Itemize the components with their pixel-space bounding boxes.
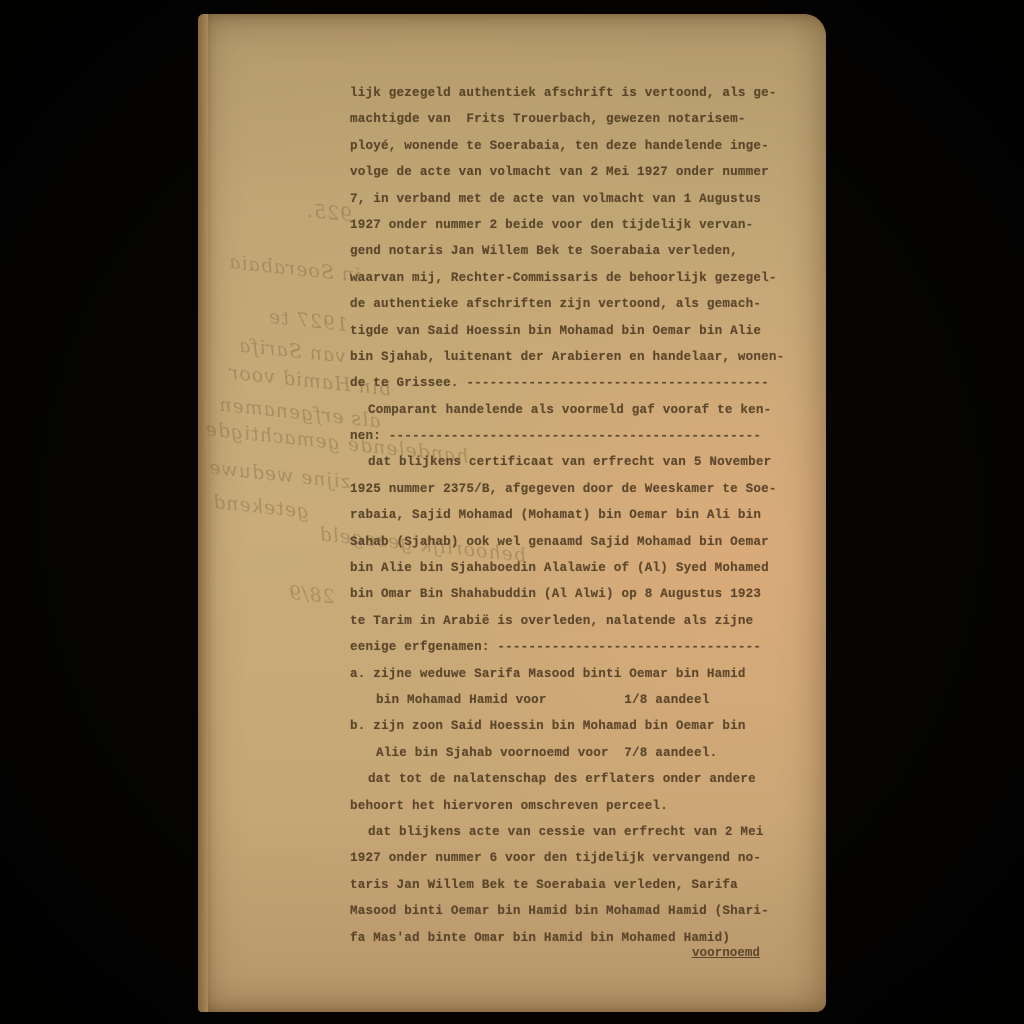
text-line: taris Jan Willem Bek te Soerabaia verled… bbox=[350, 872, 800, 898]
text-line: Sahab (Sjahab) ook wel genaamd Sajid Moh… bbox=[350, 529, 800, 555]
document-page: 925. in Soerabaia 1927 te van Sarifa bin… bbox=[198, 14, 826, 1012]
bleed-fragment: getekend bbox=[211, 491, 310, 523]
text-line: Masood binti Oemar bin Hamid bin Mohamad… bbox=[350, 898, 800, 924]
text-line: dat blijkens acte van cessie van erfrech… bbox=[350, 819, 800, 845]
bleed-fragment: van Sarifa bbox=[237, 334, 347, 367]
text-line: ployé, wonende te Soerabaia, ten deze ha… bbox=[350, 133, 800, 159]
text-line: 1925 nummer 2375/B, afgegeven door de We… bbox=[350, 476, 800, 502]
bleed-fragment: 925. bbox=[305, 200, 353, 227]
text-line: dat blijkens certificaat van erfrecht va… bbox=[350, 449, 800, 475]
text-line: b. zijn zoon Said Hoessin bin Mohamad bi… bbox=[350, 713, 800, 739]
text-line: tigde van Said Hoessin bin Mohamad bin O… bbox=[350, 318, 800, 344]
text-line: bin Mohamad Hamid voor 1/8 aandeel bbox=[350, 687, 800, 713]
text-line: nen: -----------------------------------… bbox=[350, 423, 800, 449]
text-line: gend notaris Jan Willem Bek te Soerabaia… bbox=[350, 238, 800, 264]
bleed-fragment: 28/9 bbox=[287, 582, 336, 609]
photo-background: 925. in Soerabaia 1927 te van Sarifa bin… bbox=[0, 0, 1024, 1024]
text-line: te Tarim in Arabië is overleden, nalaten… bbox=[350, 608, 800, 634]
text-line: eenige erfgenamen: ---------------------… bbox=[350, 634, 800, 660]
text-line: waarvan mij, Rechter-Commissaris de beho… bbox=[350, 265, 800, 291]
text-line: Comparant handelende als voormeld gaf vo… bbox=[350, 397, 800, 423]
text-line: 1927 onder nummer 2 beide voor den tijde… bbox=[350, 212, 800, 238]
text-line: dat tot de nalatenschap des erflaters on… bbox=[350, 766, 800, 792]
text-line: bin Sjahab, luitenant der Arabieren en h… bbox=[350, 344, 800, 370]
text-line: rabaia, Sajid Mohamad (Mohamat) bin Oema… bbox=[350, 502, 800, 528]
text-line: behoort het hiervoren omschreven perceel… bbox=[350, 793, 800, 819]
text-line: de authentieke afschriften zijn vertoond… bbox=[350, 291, 800, 317]
bleed-fragment: zijne weduwe bbox=[207, 457, 351, 494]
text-line: a. zijne weduwe Sarifa Masood binti Oema… bbox=[350, 661, 800, 687]
text-line: bin Alie bin Sjahaboedin Alalawie of (Al… bbox=[350, 555, 800, 581]
text-line: 1927 onder nummer 6 voor den tijdelijk v… bbox=[350, 845, 800, 871]
bleed-fragment: 1927 te bbox=[267, 306, 349, 336]
text-line: Alie bin Sjahab voornoemd voor 7/8 aande… bbox=[350, 740, 800, 766]
typed-body-text: lijk gezegeld authentiek afschrift is ve… bbox=[350, 80, 800, 951]
text-line: machtigde van Frits Trouerbach, gewezen … bbox=[350, 106, 800, 132]
text-line: 7, in verband met de acte van volmacht v… bbox=[350, 186, 800, 212]
text-line: bin Omar Bin Shahabuddin (Al Alwi) op 8 … bbox=[350, 581, 800, 607]
catchword: voornoemd bbox=[692, 946, 760, 960]
text-line: de te Grissee. -------------------------… bbox=[350, 370, 800, 396]
text-line: lijk gezegeld authentiek afschrift is ve… bbox=[350, 80, 800, 106]
text-line: volge de acte van volmacht van 2 Mei 192… bbox=[350, 159, 800, 185]
bleed-fragment: in Soerabaia bbox=[227, 251, 362, 287]
